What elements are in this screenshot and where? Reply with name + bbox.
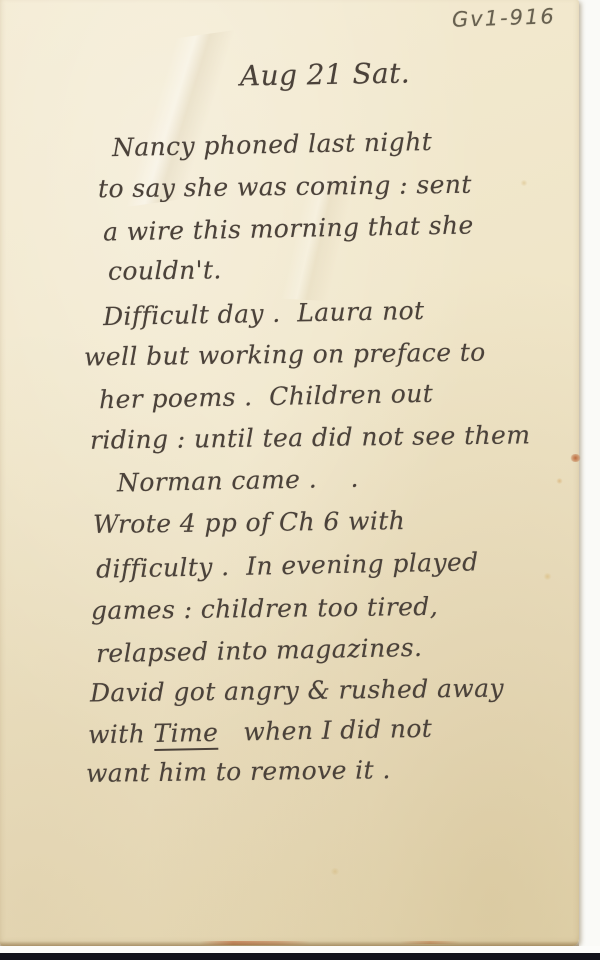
diary-line: a wire this morning that she <box>103 210 474 246</box>
diary-line: difficulty . In evening played <box>96 547 479 583</box>
date-heading: Aug 21 Sat. <box>240 57 411 93</box>
diary-line: David got angry & rushed away <box>90 673 504 707</box>
diary-line: relapsed into magazines. <box>96 633 423 668</box>
scan-dark-bar <box>0 953 600 960</box>
foxing-spot <box>330 868 340 875</box>
scan-background-strip <box>0 946 600 953</box>
foxing-spot <box>543 573 552 580</box>
manuscript-page: Gv1-916 Aug 21 Sat. Nancy phoned last ni… <box>0 0 579 946</box>
diary-line-with-underline: with Time when I did not <box>88 714 433 750</box>
diary-line: Norman came . . <box>117 464 359 498</box>
diary-line: riding : until tea did not see them <box>90 420 531 454</box>
diary-line-segment: when I did not <box>218 714 432 747</box>
foxing-spot <box>520 180 528 186</box>
diary-line: to say she was coming : sent <box>98 170 472 204</box>
diary-line: games : children too tired, <box>91 592 438 625</box>
foxing-spot <box>570 454 581 462</box>
diary-line: her poems . Children out <box>99 379 434 414</box>
diary-line: want him to remove it . <box>86 755 391 788</box>
diary-line: Wrote 4 pp of Ch 6 with <box>93 506 406 539</box>
diary-line: well but working on preface to <box>84 338 486 372</box>
diary-line: Difficult day . Laura not <box>103 296 425 331</box>
diary-line: couldn't. <box>108 255 222 285</box>
diary-line-segment: with <box>88 719 154 749</box>
underlined-word: Time <box>153 718 218 751</box>
diary-line: Nancy phoned last night <box>112 127 433 162</box>
foxing-spot <box>556 478 563 484</box>
archive-number-label: Gv1-916 <box>452 4 557 32</box>
